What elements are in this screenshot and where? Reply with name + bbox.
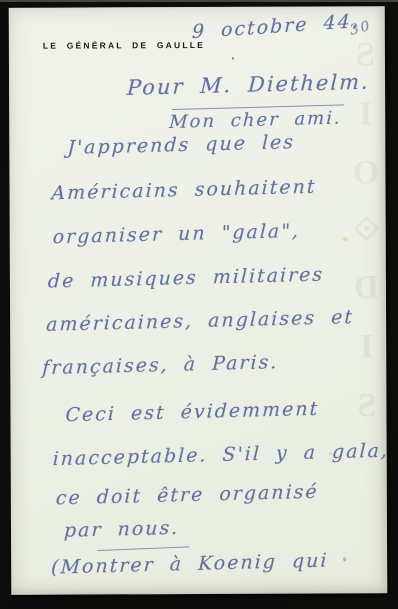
handwritten-line: (Montrer à Koenig qui — [51, 550, 329, 579]
handwriting-lines: J'apprends que lesAméricains souhaitento… — [9, 6, 385, 8]
handwritten-line: Américains souhaitent — [51, 176, 317, 205]
scan-frame-edge — [0, 0, 398, 2]
paper-speck — [232, 57, 234, 60]
handwritten-line: américaines, anglaises et — [46, 306, 355, 336]
handwritten-line: de musiques militaires — [47, 264, 324, 293]
letter-paper: SIO⟐DIS LE GÉNÉRAL DE GAULLE 9 octobre 4… — [9, 6, 388, 595]
recipient-line: Pour M. Diethelm. — [127, 70, 371, 100]
handwritten-line: J'apprends que les — [67, 131, 296, 159]
paper-speck — [343, 557, 346, 561]
paper-foxing-spot — [343, 237, 348, 241]
handwritten-date: 9 octobre 44. — [192, 10, 361, 43]
scanned-letter-photo: { "scan": { "background_color": "#0d0d0c… — [0, 0, 398, 609]
handwritten-line: organiser un "gala", — [52, 220, 300, 248]
letterhead-text: LE GÉNÉRAL DE GAULLE — [43, 40, 205, 51]
handwritten-line: Ceci est évidemment — [65, 398, 320, 426]
paper-foxing-spot — [329, 452, 333, 455]
nous-underline — [97, 546, 189, 551]
salutation-line: Mon cher ami. — [169, 108, 342, 133]
handwritten-line: ce doit être organisé — [55, 481, 319, 510]
handwritten-line: françaises, à Paris. — [42, 351, 279, 379]
handwritten-line: par nous. — [64, 517, 180, 542]
handwritten-line: inacceptable. S'il y a gala, — [52, 440, 389, 471]
